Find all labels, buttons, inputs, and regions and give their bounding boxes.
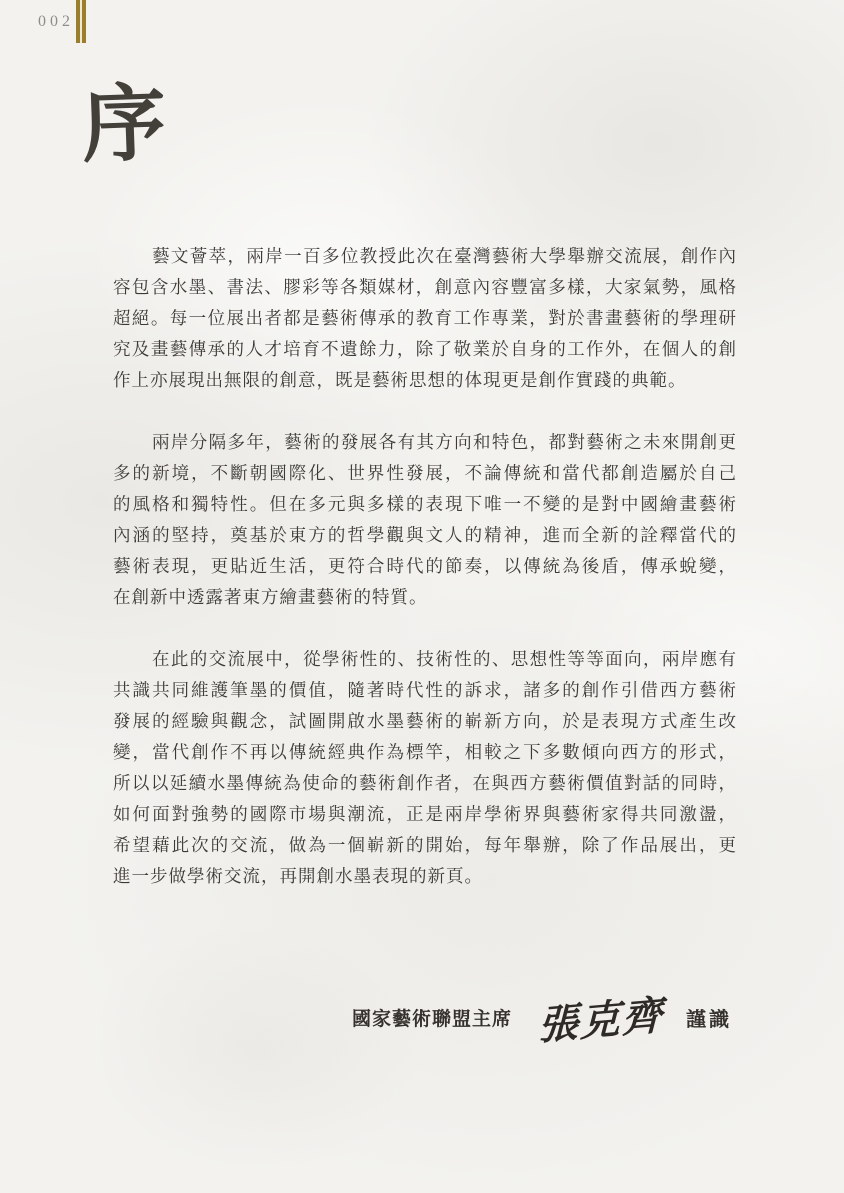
signature-closing: 謹識 [686,1003,732,1032]
text-line: 希望藉此次的交流，做為一個嶄新的開始，每年舉辦，除了作品展出，更 [113,830,737,861]
signature-block: 國家藝術聯盟主席 張克齊 謹識 [352,985,732,1049]
text-line: 如何面對強勢的國際市場與潮流，正是兩岸學術界與藝術家得共同激盪， [113,799,737,830]
text-line: 發展的經驗與觀念，試圖開啟水墨藝術的嶄新方向，於是表現方式產生改 [113,706,737,737]
gold-bar-decoration [76,0,86,43]
text-line: 進一步做學術交流，再開創水墨表現的新頁。 [113,861,737,892]
text-line: 藝術表現，更貼近生活，更符合時代的節奏，以傳統為後盾，傳承蛻變， [113,551,737,582]
text-line: 超絕。每一位展出者都是藝術傳承的教育工作專業，對於書畫藝術的學理研 [113,303,737,334]
signature-name: 張克齊 [538,983,665,1051]
page-number: 002 [38,13,74,31]
text-line: 在創新中透露著東方繪畫藝術的特質。 [113,582,737,613]
paragraph: 兩岸分隔多年，藝術的發展各有其方向和特色，都對藝術之未來開創更多的新境，不斷朝國… [113,427,737,613]
text-line: 究及畫藝傳承的人才培育不遺餘力，除了敬業於自身的工作外，在個人的創 [113,334,737,365]
text-line: 變，當代創作不再以傳統經典作為標竿，相較之下多數傾向西方的形式， [113,737,737,768]
preface-body: 藝文薈萃，兩岸一百多位教授此次在臺灣藝術大學舉辦交流展，創作內容包含水墨、書法、… [113,241,737,923]
text-line: 作上亦展現出無限的創意，既是藝術思想的体現更是創作實踐的典範。 [113,365,737,396]
text-line: 內涵的堅持，奠基於東方的哲學觀與文人的精神，進而全新的詮釋當代的 [113,520,737,551]
signature-affiliation: 國家藝術聯盟主席 [352,1004,512,1031]
preface-page: 002 序 藝文薈萃，兩岸一百多位教授此次在臺灣藝術大學舉辦交流展，創作內容包含… [0,0,844,1193]
paragraph: 在此的交流展中，從學術性的、技術性的、思想性等等面向，兩岸應有共識共同維護筆墨的… [113,644,737,892]
text-line: 藝文薈萃，兩岸一百多位教授此次在臺灣藝術大學舉辦交流展，創作內 [113,241,737,272]
text-line: 容包含水墨、書法、膠彩等各類媒材，創意內容豐富多樣，大家氣勢，風格 [113,272,737,303]
page-title: 序 [81,81,168,168]
text-line: 的風格和獨特性。但在多元與多樣的表現下唯一不變的是對中國繪畫藝術 [113,489,737,520]
text-line: 多的新境，不斷朝國際化、世界性發展，不論傳統和當代都創造屬於自己 [113,458,737,489]
paragraph: 藝文薈萃，兩岸一百多位教授此次在臺灣藝術大學舉辦交流展，創作內容包含水墨、書法、… [113,241,737,396]
text-line: 兩岸分隔多年，藝術的發展各有其方向和特色，都對藝術之未來開創更 [113,427,737,458]
text-line: 所以以延續水墨傳統為使命的藝術創作者，在與西方藝術價值對話的同時， [113,768,737,799]
text-line: 共識共同維護筆墨的價值，隨著時代性的訴求，諸多的創作引借西方藝術 [113,675,737,706]
text-line: 在此的交流展中，從學術性的、技術性的、思想性等等面向，兩岸應有 [113,644,737,675]
